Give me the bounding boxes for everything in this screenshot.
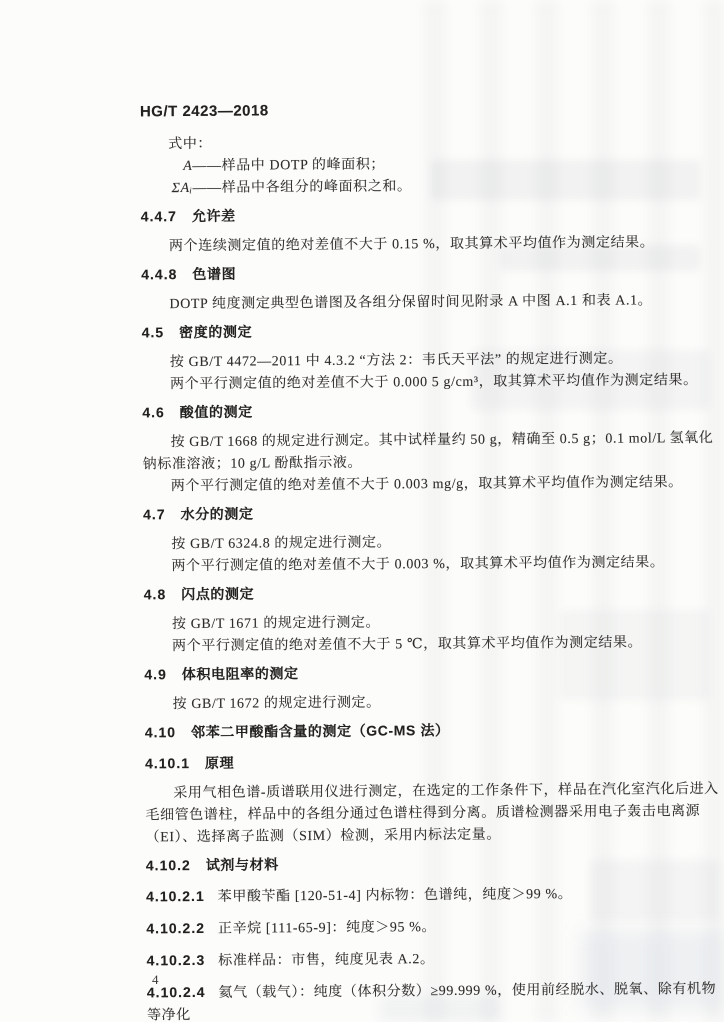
section-title: 酸值的测定 <box>180 403 253 420</box>
clause-text: 氦气（载气）：纯度（体积分数）≥99.999 %，使用前经脱水、脱氧、除有机物等… <box>147 982 716 1022</box>
section-number: 4.6 <box>142 404 165 420</box>
formula-key: 式中： A ——样品中 DOTP 的峰面积； ΣAᵢ ——样品中各组分的峰面积之… <box>140 130 715 201</box>
sections: 4.4.7允许差两个连续测定值的绝对差值不大于 0.15 %，取其算术平均值作为… <box>141 201 721 1022</box>
section-number: 4.4.7 <box>141 208 177 224</box>
section-number: 4.10.2 <box>146 857 191 873</box>
body-paragraph: 两个平行测定值的绝对差值不大于 0.003 mg/g，取其算术平均值作为测定结果… <box>143 472 717 499</box>
body-paragraph: 采用气相色谱-质谱联用仪进行测定，在选定的工作条件下，样品在汽化室汽化后进入毛细… <box>145 779 720 850</box>
body-paragraph: DOTP 纯度测定典型色谱图及各组分保留时间见附录 A 中图 A.1 和表 A.… <box>141 290 715 317</box>
section-heading: 4.5密度的测定 <box>142 317 716 344</box>
formula-symbol: ΣAᵢ <box>140 178 192 200</box>
section-heading: 4.4.7允许差 <box>141 201 715 228</box>
scanned-document-page: HG/T 2423—2018 式中： A ——样品中 DOTP 的峰面积； ΣA… <box>0 0 724 1022</box>
page-content: HG/T 2423—2018 式中： A ——样品中 DOTP 的峰面积； ΣA… <box>0 0 724 1022</box>
section-title: 原理 <box>205 755 234 771</box>
section-title: 色谱图 <box>192 266 236 282</box>
section-number: 4.5 <box>142 324 165 340</box>
formula-symbol-description: ——样品中各组分的峰面积之和。 <box>192 174 714 200</box>
clause-item: 4.10.2.2正辛烷 [111-65-9]：纯度＞95 %。 <box>146 913 720 942</box>
section-title: 试剂与材料 <box>206 856 279 873</box>
body-paragraph: 两个平行测定值的绝对差值不大于 5 ℃，取其算术平均值作为测定结果。 <box>144 632 718 659</box>
body-paragraph: 两个平行测定值的绝对差值不大于 0.000 5 g/cm³，取其算术平均值作为测… <box>142 370 716 397</box>
section-title: 密度的测定 <box>179 323 252 340</box>
section-heading: 4.10.2试剂与材料 <box>146 850 720 877</box>
clause-text: 标准样品：市售，纯度见表 A.2。 <box>218 952 434 969</box>
section-number: 4.9 <box>144 666 167 682</box>
document-code: HG/T 2423—2018 <box>140 99 714 121</box>
clause-number: 4.10.2.3 <box>147 952 206 968</box>
section-title: 水分的测定 <box>181 505 254 522</box>
section-heading: 4.10.1原理 <box>145 748 719 775</box>
section-heading: 4.7水分的测定 <box>143 499 717 526</box>
section-number: 4.7 <box>143 506 166 522</box>
section-number: 4.10.1 <box>145 755 190 771</box>
section-number: 4.10 <box>145 724 176 740</box>
section-title: 邻苯二甲酸酯含量的测定（GC-MS 法） <box>191 722 450 740</box>
body-paragraph: 两个连续测定值的绝对差值不大于 0.15 %，取其算术平均值作为测定结果。 <box>141 232 715 259</box>
body-paragraph: 按 GB/T 1672 的规定进行测定。 <box>145 690 719 717</box>
section-heading: 4.10邻苯二甲酸酯含量的测定（GC-MS 法） <box>145 717 719 744</box>
section-title: 闪点的测定 <box>181 585 254 602</box>
clause-number: 4.10.2.1 <box>146 888 205 904</box>
clause-item: 4.10.2.4氦气（载气）：纯度（体积分数）≥99.999 %，使用前经脱水、… <box>147 977 721 1022</box>
clause-item: 4.10.2.3标准样品：市售，纯度见表 A.2。 <box>147 945 721 974</box>
formula-symbol: A <box>140 156 192 178</box>
section-title: 体积电阻率的测定 <box>182 665 299 682</box>
section-heading: 4.6酸值的测定 <box>142 397 716 424</box>
body-paragraph: 按 GB/T 1668 的规定进行测定。其中试样量约 50 g，精确至 0.5 … <box>142 428 716 477</box>
section-number: 4.4.8 <box>141 266 177 282</box>
section-heading: 4.9体积电阻率的测定 <box>144 659 718 686</box>
section-title: 允许差 <box>192 208 236 224</box>
clause-number: 4.10.2.2 <box>146 920 205 936</box>
section-heading: 4.8闪点的测定 <box>144 579 718 606</box>
clause-text: 苯甲酸苄酯 [120-51-4] 内标物：色谱纯，纯度＞99 %。 <box>218 887 573 905</box>
clause-item: 4.10.2.1苯甲酸苄酯 [120-51-4] 内标物：色谱纯，纯度＞99 %… <box>146 881 720 910</box>
body-paragraph: 两个平行测定值的绝对差值不大于 0.003 %，取其算术平均值作为测定结果。 <box>143 552 717 579</box>
clause-text: 正辛烷 [111-65-9]：纯度＞95 %。 <box>218 920 436 937</box>
page-number: 4 <box>152 972 159 988</box>
section-number: 4.8 <box>144 586 167 602</box>
formula-definition: ΣAᵢ ——样品中各组分的峰面积之和。 <box>140 174 714 201</box>
section-heading: 4.4.8色谱图 <box>141 259 715 286</box>
